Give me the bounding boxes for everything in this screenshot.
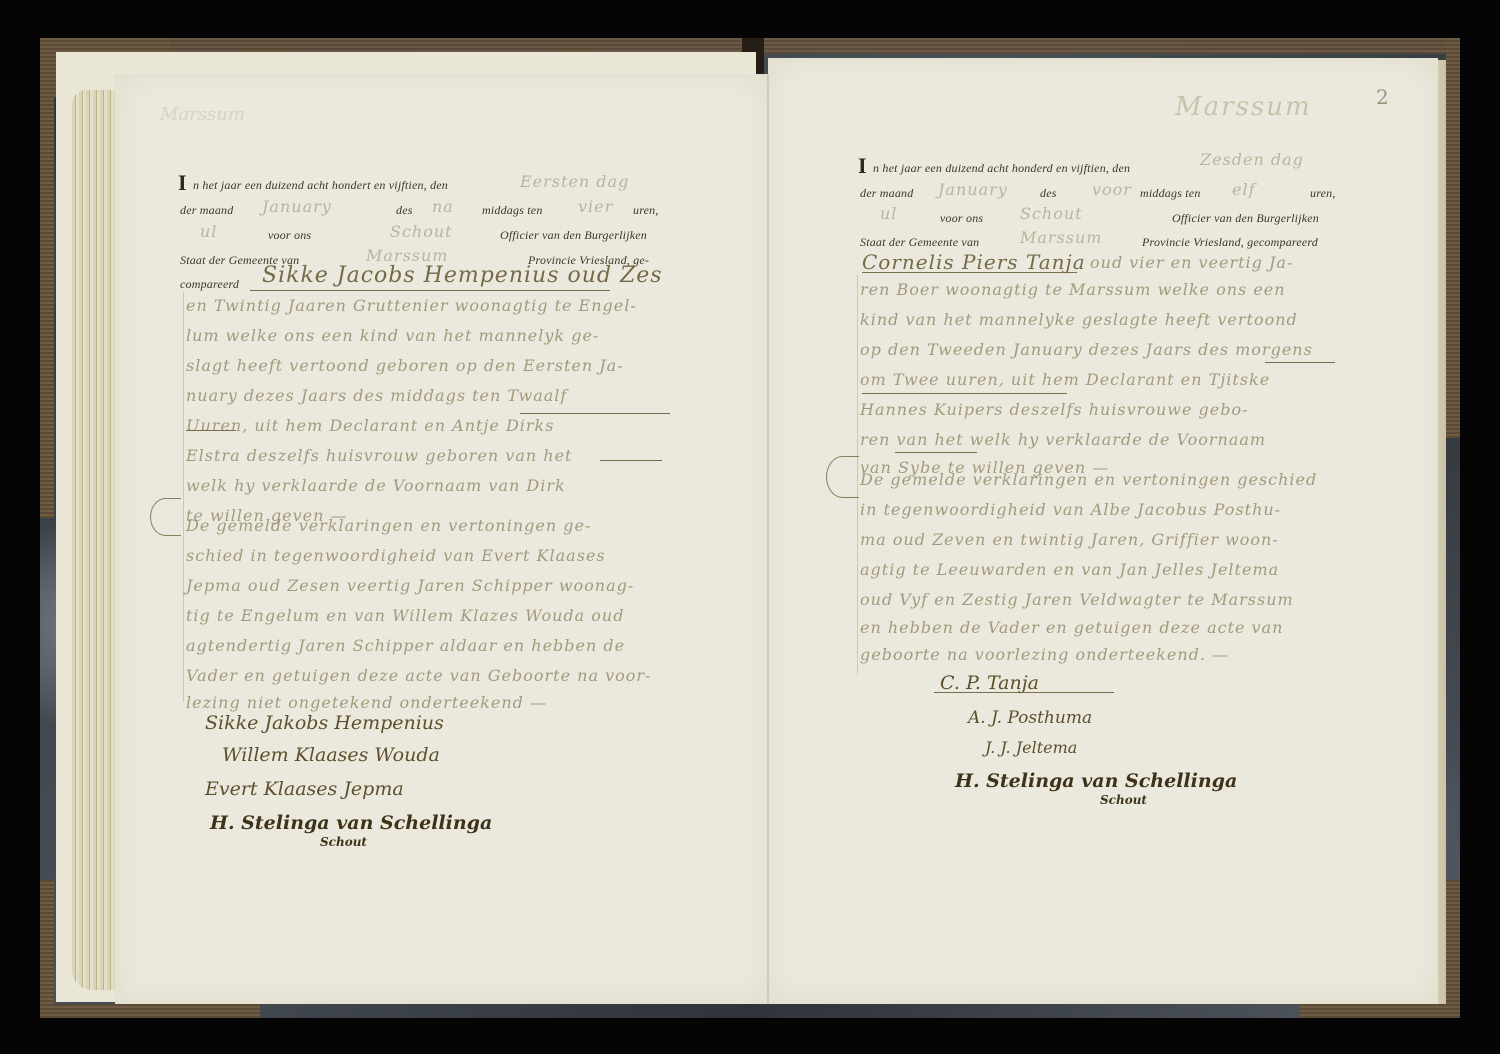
- filled-hour: elf: [1232, 180, 1256, 199]
- printed-line-4a: Staat der Gemeente van: [860, 235, 979, 250]
- witness-line: schied in tegenwoordigheid van Evert Kla…: [186, 546, 606, 565]
- witness-line: De gemelde verklaringen en vertoningen g…: [860, 470, 1317, 489]
- officer-title: Schout: [1100, 793, 1147, 807]
- filled-part-of-day: voor: [1092, 180, 1132, 199]
- body-line: welk hy verklaarde de Voornaam van Dirk: [186, 476, 566, 495]
- signature: Evert Klaases Jepma: [205, 778, 404, 800]
- filled-prefix: ul: [880, 204, 897, 223]
- witness-line: De gemelde verklaringen en vertoningen g…: [186, 516, 591, 535]
- body-line: nuary dezes Jaars des middags ten Twaalf: [186, 386, 567, 405]
- paragraph-bracket: [826, 456, 859, 498]
- body-line: ren van het welk hy verklaarde de Voorna…: [860, 430, 1266, 449]
- signature: J. J. Jeltema: [985, 738, 1077, 757]
- body-line: op den Tweeden January dezes Jaars des m…: [860, 340, 1313, 359]
- body-line: slagt heeft vertoond geboren op den Eers…: [186, 356, 624, 375]
- witness-line: Vader en getuigen deze acte van Geboorte…: [186, 666, 651, 685]
- witness-line: oud Vyf en Zestig Jaren Veldwagter te Ma…: [860, 590, 1294, 609]
- filled-month: January: [938, 180, 1008, 199]
- cloth-edge-bottom-right: [1300, 1004, 1460, 1018]
- cloth-corner-bottom-right: [1446, 880, 1460, 1018]
- comparant-name: Cornelis Piers Tanja: [862, 250, 1086, 274]
- printed-line-2c: middags ten: [482, 203, 543, 218]
- name-underline: [862, 272, 1077, 273]
- witness-line: lezing niet ongetekend onderteekend —: [186, 693, 547, 712]
- printed-line-3b: Officier van den Burgerlijken: [500, 228, 647, 243]
- filled-month: January: [262, 197, 332, 216]
- printed-line-3a: voor ons: [268, 228, 311, 243]
- page-edges-left: [72, 90, 120, 990]
- filled-municipality: Marssum: [1020, 228, 1102, 247]
- body-line: en Twintig Jaaren Gruttenier woonagtig t…: [186, 296, 637, 315]
- child-name-underline: [895, 452, 977, 453]
- printed-line-2b: des: [396, 203, 413, 218]
- printed-line-3a: voor ons: [940, 211, 983, 226]
- filled-day: Zesden dag: [1200, 150, 1304, 169]
- signature: A. J. Posthuma: [968, 708, 1092, 728]
- cloth-edge-left: [40, 38, 54, 518]
- witness-line: agtendertig Jaren Schipper aldaar en heb…: [186, 636, 625, 655]
- filled-hour: vier: [578, 197, 613, 216]
- filled-part-of-day: na: [432, 197, 454, 216]
- place-note: Marssum: [1175, 92, 1312, 122]
- filled-officer: Schout: [1020, 204, 1083, 223]
- witness-line: ma oud Zeven en twintig Jaren, Griffier …: [860, 530, 1279, 549]
- officer-signature: H. Stelinga van Schellinga: [955, 770, 1237, 792]
- filled-officer: Schout: [390, 222, 453, 241]
- officer-title: Schout: [320, 835, 367, 849]
- printed-line-2c: middags ten: [1140, 186, 1201, 201]
- child-name-underline: [600, 460, 662, 461]
- body-line: om Twee uuren, uit hem Declarant en Tjit…: [860, 370, 1270, 389]
- witness-line: agtig te Leeuwarden en van Jan Jelles Je…: [860, 560, 1279, 579]
- signature-underline: [934, 692, 1114, 693]
- officer-signature: H. Stelinga van Schellinga: [210, 812, 492, 834]
- mother-underline: [520, 413, 670, 414]
- body-line: Hannes Kuipers deszelfs huisvrouwe gebo-: [860, 400, 1249, 419]
- body-line: lum welke ons een kind van het mannelyk …: [186, 326, 599, 345]
- witness-line: in tegenwoordigheid van Albe Jacobus Pos…: [860, 500, 1281, 519]
- paragraph-bracket: [150, 498, 181, 536]
- page-number: 2: [1376, 85, 1389, 109]
- drop-initial: I: [178, 170, 187, 196]
- cloth-edge-bottom-left: [40, 1004, 260, 1018]
- witness-line: en hebben de Vader en getuigen deze acte…: [860, 618, 1283, 637]
- witness-line: tig te Engelum en van Willem Klazes Woud…: [186, 606, 624, 625]
- cloth-corner-bottom-left: [40, 880, 54, 1018]
- printed-line-1: n het jaar een duizend acht honderd en v…: [873, 161, 1130, 176]
- name-underline: [250, 290, 610, 291]
- body-line: ren Boer woonagtig te Marssum welke ons …: [860, 280, 1286, 299]
- margin-rule: [183, 292, 184, 702]
- drop-initial: I: [858, 153, 867, 179]
- witness-line: Jepma oud Zesen veertig Jaren Schipper w…: [186, 576, 634, 595]
- filled-day: Eersten dag: [520, 172, 629, 191]
- mother-underline-2: [862, 393, 1067, 394]
- printed-line-4b: Provincie Vriesland, gecompareerd: [1142, 235, 1318, 250]
- comparant-name: Sikke Jacobs Hempenius oud Zes: [262, 263, 663, 288]
- comparant-age: oud vier en veertig Ja-: [1090, 253, 1293, 272]
- body-line: Uuren, uit hem Declarant en Antje Dirks: [186, 416, 554, 435]
- faint-stamp: Marssum: [160, 104, 245, 125]
- signature: C. P. Tanja: [940, 672, 1039, 694]
- printed-line-3b: Officier van den Burgerlijken: [1172, 211, 1319, 226]
- gutter-fold: [767, 74, 769, 1004]
- printed-line-2a: der maand: [180, 203, 233, 218]
- printed-line-5: compareerd: [180, 277, 239, 292]
- printed-line-2a: der maand: [860, 186, 913, 201]
- printed-line-1: n het jaar een duizend acht hondert en v…: [193, 178, 448, 193]
- mother-underline: [1265, 362, 1335, 363]
- witness-line: geboorte na voorlezing onderteekend. —: [860, 645, 1229, 664]
- body-line: Elstra deszelfs huisvrouw geboren van he…: [186, 446, 572, 465]
- filled-prefix: ul: [200, 222, 217, 241]
- signature: Sikke Jakobs Hempenius: [205, 712, 444, 734]
- cloth-edge-right: [1446, 38, 1460, 438]
- mother-underline-2: [186, 430, 236, 431]
- signature: Willem Klaases Wouda: [222, 744, 440, 766]
- body-line: kind van het mannelyke geslagte heeft ve…: [860, 310, 1298, 329]
- printed-line-2d: uren,: [633, 203, 659, 218]
- printed-line-2b: des: [1040, 186, 1057, 201]
- printed-line-2d: uren,: [1310, 186, 1336, 201]
